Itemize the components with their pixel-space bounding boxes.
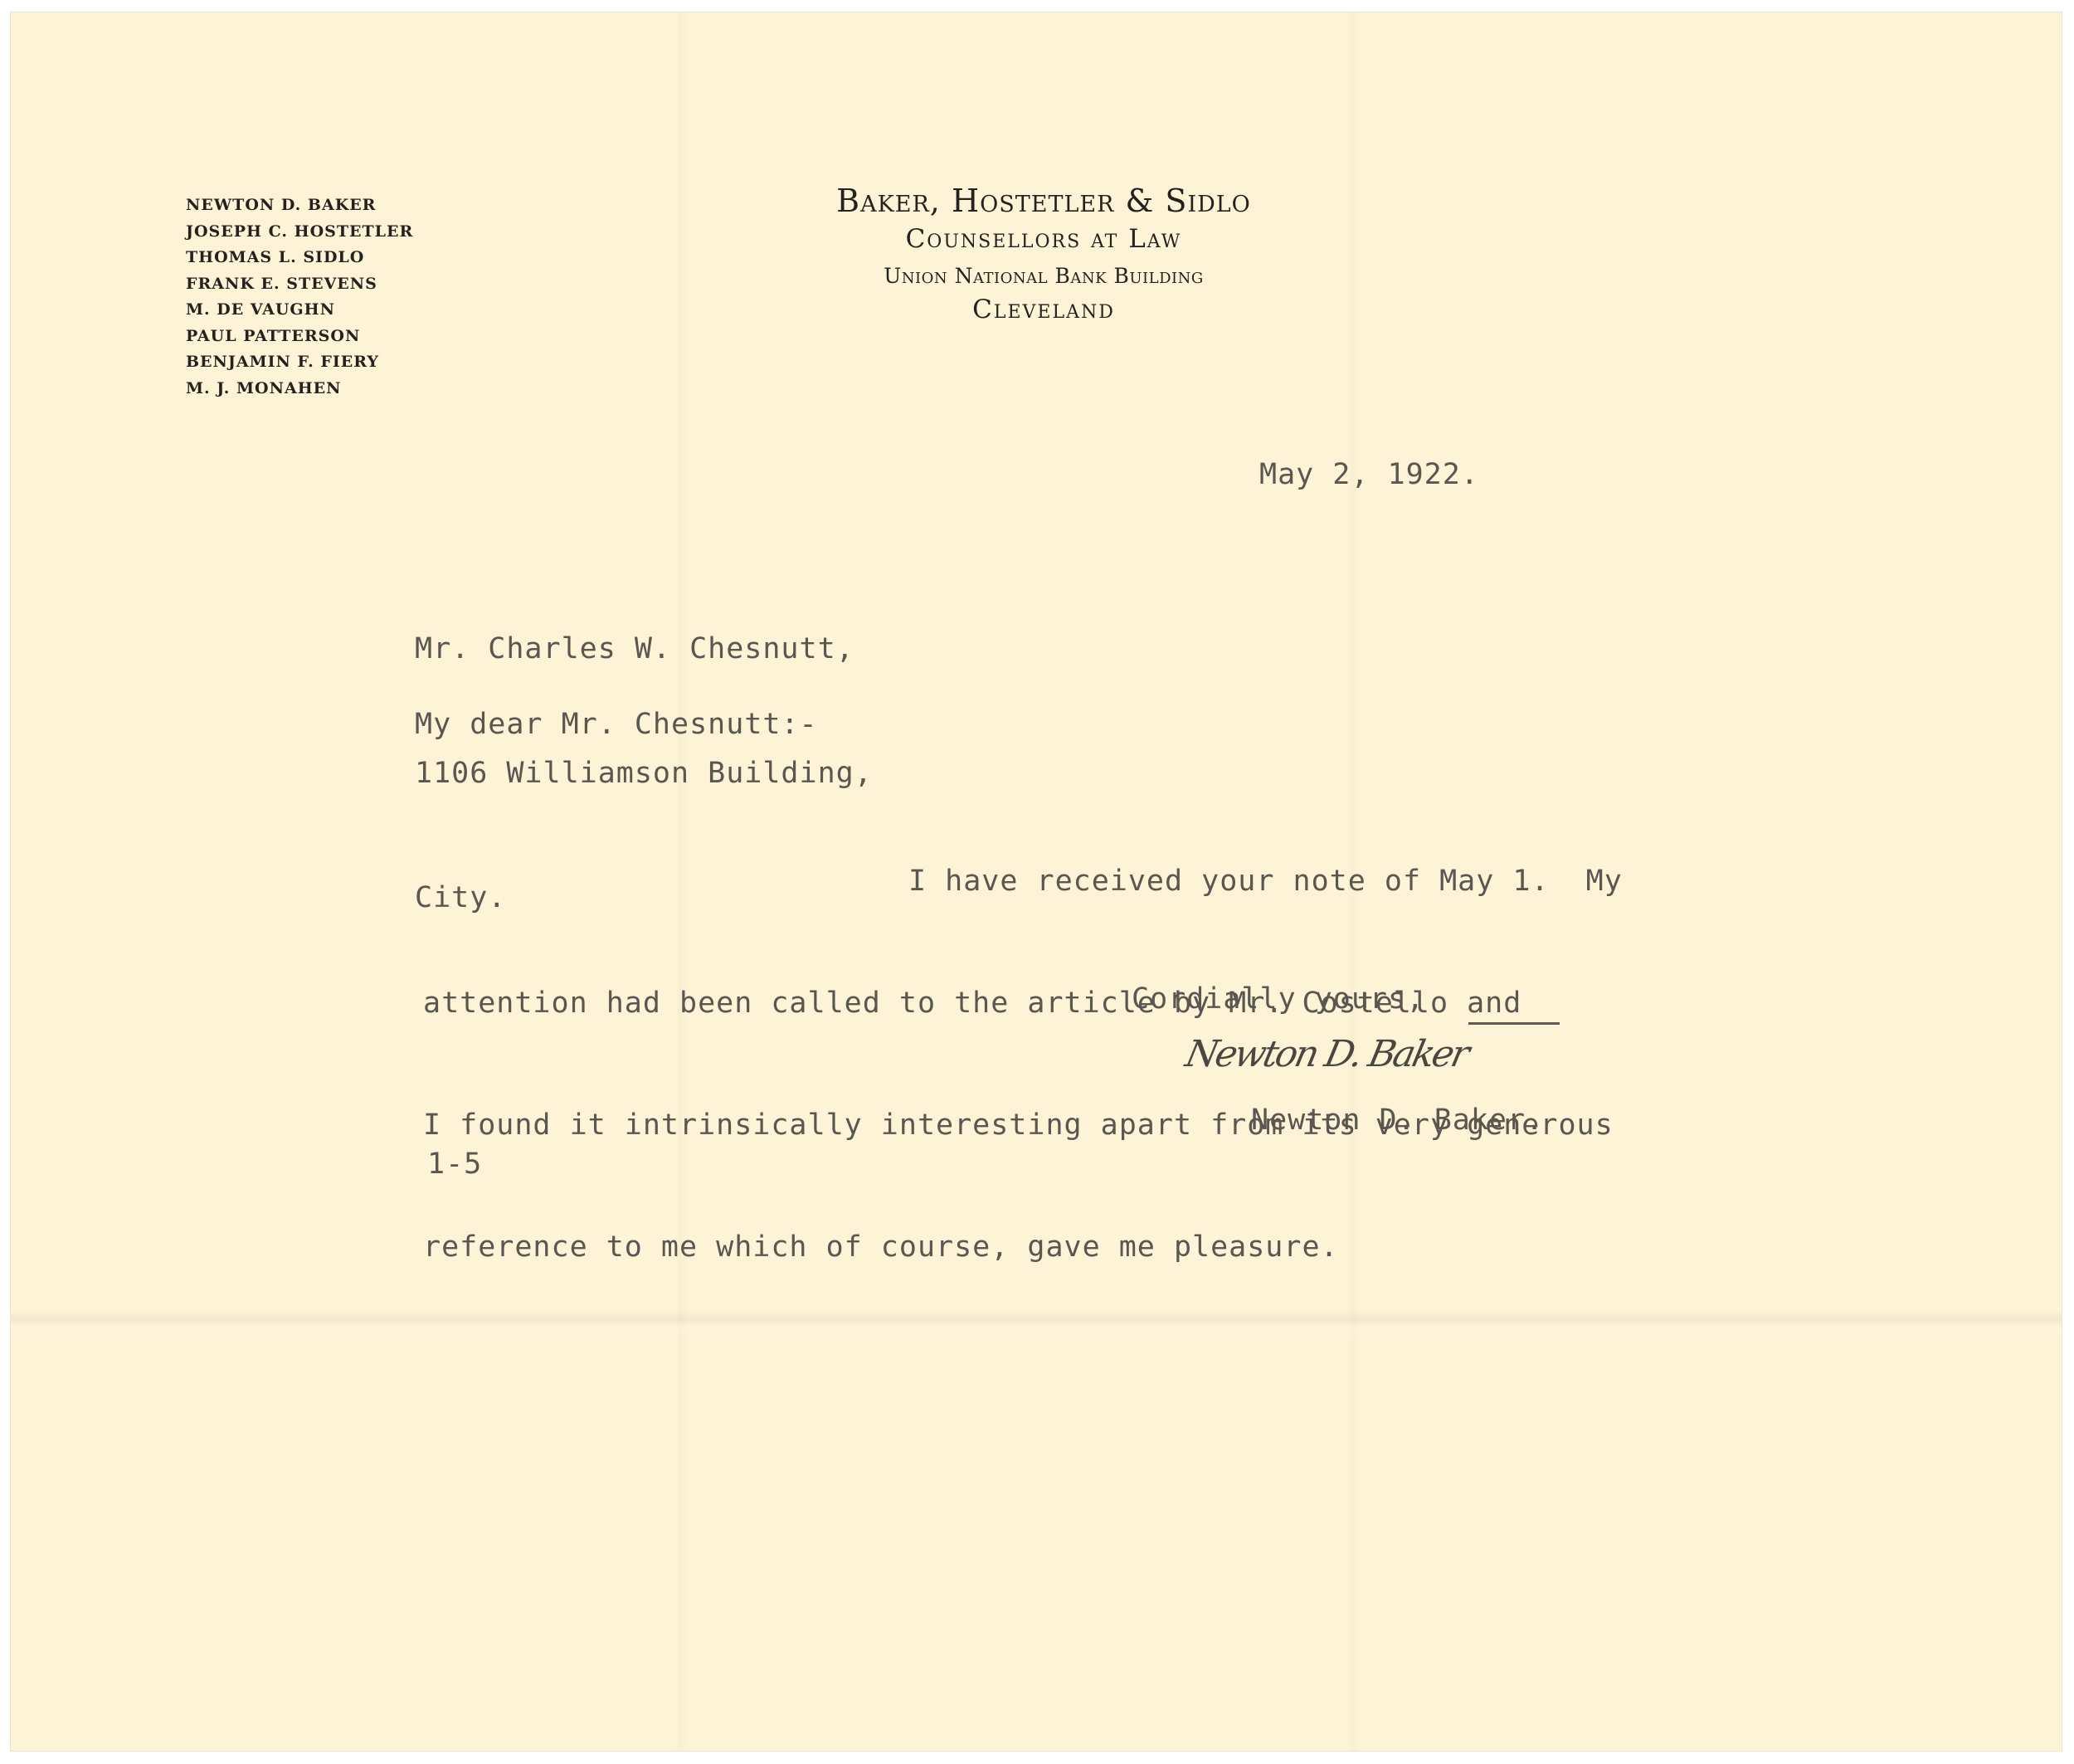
salutation: My dear Mr. Chesnutt:- (415, 708, 818, 741)
partner-name: PAUL PATTERSON (186, 324, 413, 350)
partner-name: BENJAMIN F. FIERY (186, 349, 413, 376)
signature-underline (1468, 1022, 1560, 1025)
partner-name: M. DE VAUGHN (186, 297, 413, 324)
partner-name: M. J. MONAHEN (186, 376, 413, 402)
partner-name: THOMAS L. SIDLO (186, 245, 413, 271)
letter-date: May 2, 1922. (1259, 458, 1479, 491)
body-line: reference to me which of course, gave me… (423, 1227, 1623, 1268)
typed-signature-name: Newton D. Baker. (1251, 1104, 1544, 1137)
partner-name: JOSEPH C. HOSTETLER (186, 219, 413, 246)
partner-name: NEWTON D. BAKER (186, 192, 413, 219)
recipient-line: Mr. Charles W. Chesnutt, (415, 628, 873, 670)
reference-code: 1-5 (427, 1148, 482, 1181)
handwritten-signature: Newton D. Baker (1182, 1033, 1472, 1075)
partner-name: FRANK E. STEVENS (186, 271, 413, 298)
closing: Cordially yours, (1132, 982, 1424, 1016)
body-line: I have received your note of May 1. My (423, 861, 1623, 902)
body-line: attention had been called to the article… (423, 983, 1623, 1024)
firm-name: Baker, Hostetler & Sidlo (629, 183, 1458, 219)
firm-subtitle: Counsellors at Law (629, 224, 1458, 254)
partner-list: NEWTON D. BAKER JOSEPH C. HOSTETLER THOM… (186, 192, 413, 402)
firm-address: Union National Bank Building (629, 264, 1458, 288)
firm-city: Cleveland (629, 295, 1458, 324)
